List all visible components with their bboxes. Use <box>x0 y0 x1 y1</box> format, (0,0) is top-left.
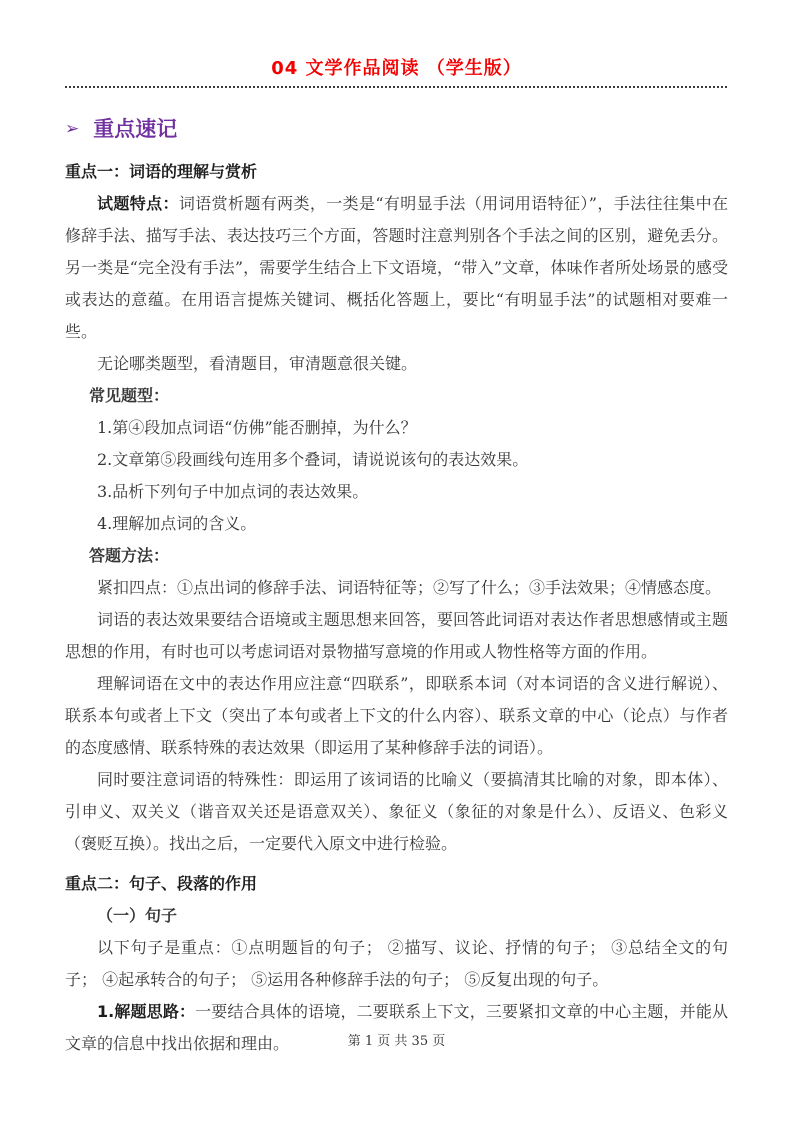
document-header: 04 文学作品阅读 （学生版） <box>65 56 728 88</box>
page-number: 第 1 页 共 35 页 <box>348 1034 445 1049</box>
header-divider <box>65 86 728 88</box>
features-paragraph: 试题特点：词语赏析题有两类，一类是“有明显手法（用词用语特征）”，手法往往集中在… <box>65 188 728 348</box>
features-label: 试题特点： <box>97 194 179 213</box>
method-paragraph: 词语的表达效果要结合语境或主题思想来回答，要回答此词语对表达作者思想感情或主题思… <box>65 604 728 668</box>
key-sentences-paragraph: 以下句子是重点：①点明题旨的句子； ②描写、议论、抒情的句子； ③总结全文的句子… <box>65 932 728 996</box>
question-type-item: 3.品析下列句子中加点词的表达效果。 <box>65 476 728 508</box>
subsection-heading: （一）句子 <box>65 900 728 932</box>
method-label: 答题方法： <box>65 540 728 572</box>
method-paragraph: 同时要注意词语的特殊性：即运用了该词语的比喻义（要搞清其比喻的对象，即本体）、引… <box>65 764 728 860</box>
method-paragraph: 理解词语在文中的表达作用应注意“四联系”，即联系本词（对本词语的含义进行解说）、… <box>65 668 728 764</box>
question-type-item: 2.文章第⑤段画线句连用多个叠词，请说说该句的表达效果。 <box>65 444 728 476</box>
arrowhead-icon: ➢ <box>65 119 79 139</box>
method-points: 紧扣四点：①点出词的修辞手法、词语特征等；②写了什么；③手法效果；④情感态度。 <box>65 572 728 604</box>
section1-heading: 重点一：词语的理解与赏析 <box>65 156 728 188</box>
document-title: 04 文学作品阅读 （学生版） <box>65 56 728 82</box>
question-type-item: 4.理解加点词的含义。 <box>65 508 728 540</box>
quick-notes-heading: ➢重点速记 <box>65 112 728 148</box>
section2-heading: 重点二：句子、段落的作用 <box>65 868 728 900</box>
question-type-item: 1.第④段加点词语“仿佛”能否删掉，为什么？ <box>65 412 728 444</box>
common-types-label: 常见题型： <box>65 380 728 412</box>
review-note: 无论哪类题型，看清题目，审清题意很关键。 <box>65 348 728 380</box>
page-footer: 第 1 页 共 35 页 <box>0 1032 793 1052</box>
document-page: 04 文学作品阅读 （学生版） ➢重点速记 重点一：词语的理解与赏析 试题特点：… <box>0 0 793 1122</box>
quick-notes-title: 重点速记 <box>93 117 177 141</box>
features-text: 词语赏析题有两类，一类是“有明显手法（用词用语特征）”，手法往往集中在修辞手法、… <box>65 194 728 341</box>
approach-label: 1.解题思路： <box>97 1002 195 1021</box>
